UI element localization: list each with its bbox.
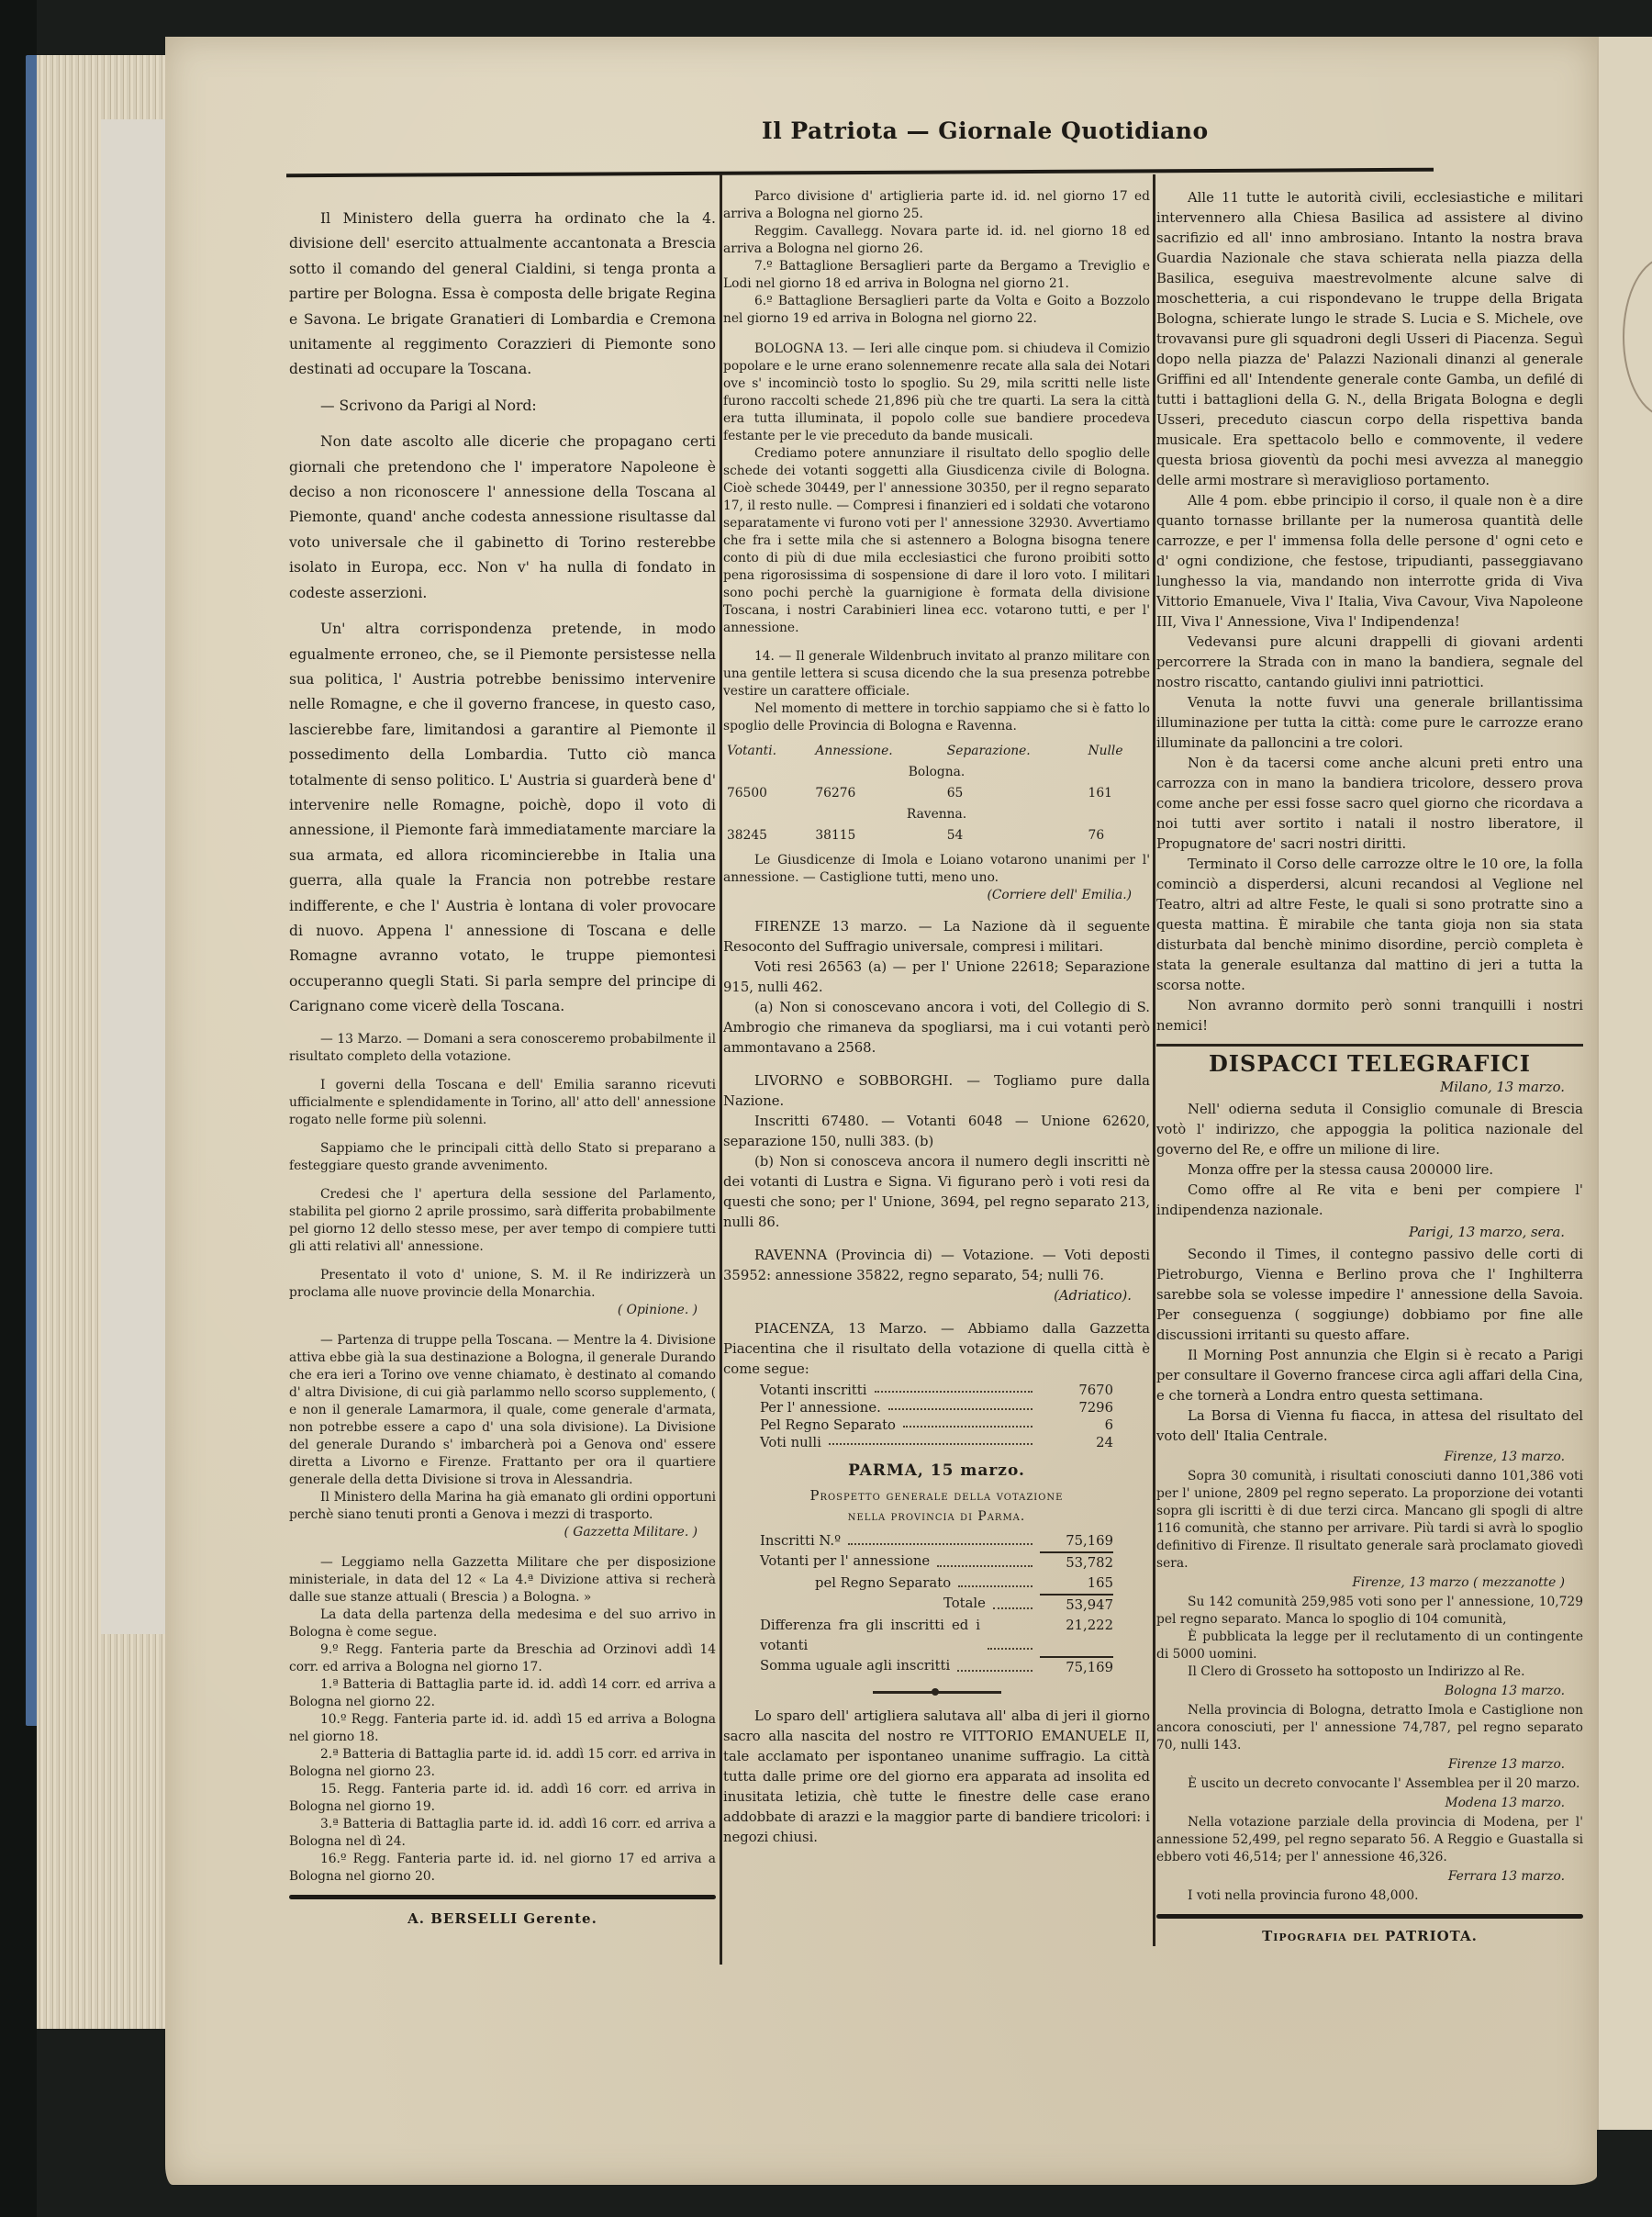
dispatch-text: Monza offre per la stessa causa 200000 l… [1156, 1160, 1583, 1181]
row-label: Totale [943, 1594, 986, 1616]
article-paragraph: Le Giusdicenze di Imola e Loiano votaron… [723, 852, 1150, 887]
dateline: Milano, 13 marzo. [1156, 1078, 1565, 1098]
cell: 161 [1085, 783, 1150, 804]
source-citation: ( Opinione. ) [289, 1302, 698, 1319]
result-row: Somma uguale agli inscritti75,169 [723, 1656, 1150, 1678]
dispatch-text: La Borsa di Vienna fu fiacca, in attesa … [1156, 1406, 1583, 1447]
dispatch-group: Firenze, 13 marzo. Sopra 30 comunità, i … [1156, 1449, 1583, 1905]
article-paragraph: PIACENZA, 13 Marzo. — Abbiamo dalla Gazz… [723, 1319, 1150, 1380]
result-row: Differenza fra gli inscritti ed i votant… [723, 1616, 1150, 1656]
troop-movement: 7.º Battaglione Bersaglieri parte da Ber… [723, 258, 1150, 293]
column-right: Alle 11 tutte le autorità civili, eccles… [1156, 188, 1583, 1946]
troop-movement: 2.ª Batteria di Battaglia parte id. id. … [289, 1746, 716, 1781]
troop-movement: 3.ª Batteria di Battaglia parte id. id. … [289, 1816, 716, 1851]
cell: 38115 [811, 825, 943, 846]
row-value: 75,169 [1040, 1531, 1113, 1551]
troop-movement: Parco divisione d' artiglieria parte id.… [723, 188, 1150, 223]
result-row: Votanti per l' annessione53,782 [723, 1551, 1150, 1573]
dispatch-text: È uscito un decreto convocante l' Assemb… [1156, 1775, 1583, 1793]
dateline: Firenze, 13 marzo ( mezzanotte ) [1156, 1574, 1565, 1592]
column-header: Separazione. [943, 741, 1085, 762]
section-title: PARMA, 15 marzo. [723, 1461, 1150, 1481]
row-value: 6 [1040, 1416, 1113, 1434]
row-value: 21,222 [1040, 1616, 1113, 1656]
flyleaf [101, 119, 170, 1634]
row-label: Differenza fra gli inscritti ed i votant… [760, 1616, 980, 1656]
table-row: 76500 76276 65 161 [723, 783, 1150, 804]
result-row: Per l' annessione.7296 [723, 1399, 1150, 1416]
row-value: 7670 [1040, 1382, 1113, 1399]
article-paragraph: BOLOGNA 13. — Ieri alle cinque pom. si c… [723, 341, 1150, 445]
dateline: Modena 13 marzo. [1156, 1795, 1565, 1812]
footnote: (a) Non si conoscevano ancora i voti, de… [723, 998, 1150, 1058]
article-paragraph: 14. — Il generale Wildenbruch invitato a… [723, 648, 1150, 700]
cell: 76500 [723, 783, 811, 804]
table-row: 38245 38115 54 76 [723, 825, 1150, 846]
column-header: Nulle [1085, 741, 1150, 762]
article-paragraph: I governi della Toscana e dell' Emilia s… [289, 1077, 716, 1129]
dispatch-text: Como offre al Re vita e beni per compier… [1156, 1181, 1583, 1221]
row-label: Inscritti N.º [760, 1531, 841, 1551]
article-paragraph: Voti resi 26563 (a) — per l' Unione 2261… [723, 957, 1150, 998]
result-row: Votanti inscritti7670 [723, 1382, 1150, 1399]
row-value: 53,782 [1040, 1551, 1113, 1573]
article-paragraph: FIRENZE 13 marzo. — La Nazione dà il seg… [723, 917, 1150, 957]
result-row: Inscritti N.º75,169 [723, 1531, 1150, 1551]
article-paragraph: Il Ministero della Marina ha già emanato… [289, 1489, 716, 1524]
article-paragraph: Un' altra corrispondenza pretende, in mo… [289, 617, 716, 1020]
column-header: Votanti. [723, 741, 811, 762]
cell: 76 [1085, 825, 1150, 846]
dateline: Firenze 13 marzo. [1156, 1756, 1565, 1774]
footer-rule [1156, 1914, 1583, 1919]
column-middle: Parco divisione d' artiglieria parte id.… [723, 188, 1150, 1853]
row-value: 24 [1040, 1434, 1113, 1451]
dispatch-text: I voti nella provincia furono 48,000. [1156, 1887, 1583, 1905]
troop-movement: 15. Regg. Fanteria parte id. id. addì 16… [289, 1781, 716, 1816]
vote-table: Votanti. Annessione. Separazione. Nulle … [723, 741, 1150, 846]
column-header: Annessione. [811, 741, 943, 762]
result-row: Totale53,947 [723, 1594, 1150, 1616]
cell: 65 [943, 783, 1085, 804]
article-paragraph: — Partenza di truppe pella Toscana. — Me… [289, 1332, 716, 1489]
cell: 38245 [723, 825, 811, 846]
section-label: Bologna. [723, 762, 1150, 783]
row-value: 53,947 [1040, 1594, 1113, 1616]
article-heading: — Scrivono da Parigi al Nord: [289, 394, 716, 419]
row-label: Somma uguale agli inscritti [760, 1656, 950, 1678]
article-paragraph: Alle 11 tutte le autorità civili, eccles… [1156, 188, 1583, 491]
troop-movement: 16.º Regg. Fanteria parte id. id. nel gi… [289, 1851, 716, 1886]
result-row: Voti nulli24 [723, 1434, 1150, 1451]
result-row: Pel Regno Separato6 [723, 1416, 1150, 1434]
row-label: Votanti per l' annessione [760, 1551, 930, 1573]
newspaper-page: Il Patriota — Giornale Quotidiano Il Min… [165, 37, 1597, 2185]
cell: 76276 [811, 783, 943, 804]
article-paragraph: RAVENNA (Provincia di) — Votazione. — Vo… [723, 1246, 1150, 1286]
troop-movement: Reggim. Cavallegg. Novara parte id. id. … [723, 223, 1150, 258]
dateline: Bologna 13 marzo. [1156, 1683, 1565, 1700]
article-paragraph: Non avranno dormito però sonni tranquill… [1156, 996, 1583, 1036]
column-divider-2 [1153, 174, 1155, 1946]
row-label: Votanti inscritti [760, 1382, 867, 1399]
article-paragraph: Inscritti 67480. — Votanti 6048 — Unione… [723, 1112, 1150, 1152]
parma-results: Inscritti N.º75,169 Votanti per l' annes… [723, 1531, 1150, 1678]
article-paragraph: Credesi che l' apertura della sessione d… [289, 1186, 716, 1256]
dispatch-text: È pubblicata la legge per il reclutament… [1156, 1629, 1583, 1663]
row-label: Per l' annessione. [760, 1399, 881, 1416]
article-paragraph: Crediamo potere annunziare il risultato … [723, 445, 1150, 637]
column-left: Il Ministero della guerra ha ordinato ch… [289, 207, 716, 1931]
article-paragraph: Alle 4 pom. ebbe principio il corso, il … [1156, 491, 1583, 633]
article-paragraph: Presentato il voto d' unione, S. M. il R… [289, 1267, 716, 1302]
dispatch-text: Sopra 30 comunità, i risultati conosciut… [1156, 1468, 1583, 1573]
article-paragraph: — 13 Marzo. — Domani a sera conosceremo … [289, 1031, 716, 1066]
footer-rule [289, 1895, 716, 1899]
section-subtitle: Prospetto generale della votazione [723, 1486, 1150, 1506]
source-citation: (Corriere dell' Emilia.) [723, 887, 1132, 904]
ornament-divider [873, 1691, 1001, 1694]
dispatch: Parigi, 13 marzo, sera. Secondo il Times… [1156, 1223, 1583, 1447]
section-label: Ravenna. [723, 804, 1150, 825]
article-paragraph: Terminato il Corso delle carrozze oltre … [1156, 855, 1583, 996]
column-divider-1 [720, 174, 722, 1965]
article-paragraph: Nel momento di mettere in torchio sappia… [723, 700, 1150, 735]
dispatch-text: Su 142 comunità 259,985 voti sono per l'… [1156, 1594, 1583, 1629]
troop-movement: 6.º Battaglione Bersaglieri parte da Vol… [723, 293, 1150, 328]
dispatch-text: Nell' odierna seduta il Consiglio comuna… [1156, 1100, 1583, 1160]
dispatch: Milano, 13 marzo. Nell' odierna seduta i… [1156, 1078, 1583, 1221]
article-paragraph: Vedevansi pure alcuni drappelli di giova… [1156, 633, 1583, 693]
troop-movement: 1.ª Batteria di Battaglia parte id. id. … [289, 1676, 716, 1711]
footnote: (b) Non si conosceva ancora il numero de… [723, 1152, 1150, 1233]
row-label: Pel Regno Separato [760, 1416, 896, 1434]
article-paragraph: La data della partenza della medesima e … [289, 1607, 716, 1641]
section-title: DISPACCI TELEGRAFICI [1156, 1044, 1583, 1074]
article-paragraph: Non è da tacersi come anche alcuni preti… [1156, 754, 1583, 855]
masthead: Il Patriota — Giornale Quotidiano [762, 118, 1209, 144]
row-value: 7296 [1040, 1399, 1113, 1416]
header-rule [286, 168, 1434, 178]
article-paragraph: Lo sparo dell' artigliera salutava all' … [723, 1707, 1150, 1848]
source-citation: ( Gazzetta Militare. ) [289, 1524, 698, 1541]
row-value: 75,169 [1040, 1656, 1113, 1678]
dispatch-text: Il Morning Post annunzia che Elgin si è … [1156, 1346, 1583, 1406]
dispatch-text: Il Clero di Grosseto ha sottoposto un In… [1156, 1663, 1583, 1681]
row-value: 165 [1040, 1573, 1113, 1594]
dateline: Ferrara 13 marzo. [1156, 1868, 1565, 1886]
article-paragraph: Sappiamo che le principali città dello S… [289, 1140, 716, 1175]
dateline: Firenze, 13 marzo. [1156, 1449, 1565, 1466]
dispatch-text: Secondo il Times, il contegno passivo de… [1156, 1245, 1583, 1346]
article-paragraph: — Leggiamo nella Gazzetta Militare che p… [289, 1554, 716, 1607]
signature: A. BERSELLI Gerente. [289, 1907, 716, 1931]
article-paragraph: Venuta la notte fuvvi una generale brill… [1156, 693, 1583, 754]
dispatch-text: Nella votazione parziale della provincia… [1156, 1814, 1583, 1866]
piacenza-results: Votanti inscritti7670 Per l' annessione.… [723, 1382, 1150, 1451]
section-subtitle: nella provincia di Parma. [723, 1508, 1150, 1526]
result-row: pel Regno Separato165 [723, 1573, 1150, 1594]
troop-movement: 10.º Regg. Fanteria parte id. id. addì 1… [289, 1711, 716, 1746]
cell: 54 [943, 825, 1085, 846]
source-citation: (Adriatico). [723, 1286, 1132, 1306]
dateline: Parigi, 13 marzo, sera. [1156, 1223, 1565, 1243]
article-paragraph: LIVORNO e SOBBORGHI. — Togliamo pure dal… [723, 1071, 1150, 1112]
dispatch-text: Nella provincia di Bologna, detratto Imo… [1156, 1702, 1583, 1754]
article-paragraph: Il Ministero della guerra ha ordinato ch… [289, 207, 716, 383]
article-paragraph: Non date ascolto alle dicerie che propag… [289, 430, 716, 606]
row-label: Voti nulli [760, 1434, 821, 1451]
row-label: pel Regno Separato [815, 1573, 951, 1594]
printer-imprint: Tipografia del PATRIOTA. [1156, 1926, 1583, 1946]
troop-movement: 9.º Regg. Fanteria parte da Breschia ad … [289, 1641, 716, 1676]
